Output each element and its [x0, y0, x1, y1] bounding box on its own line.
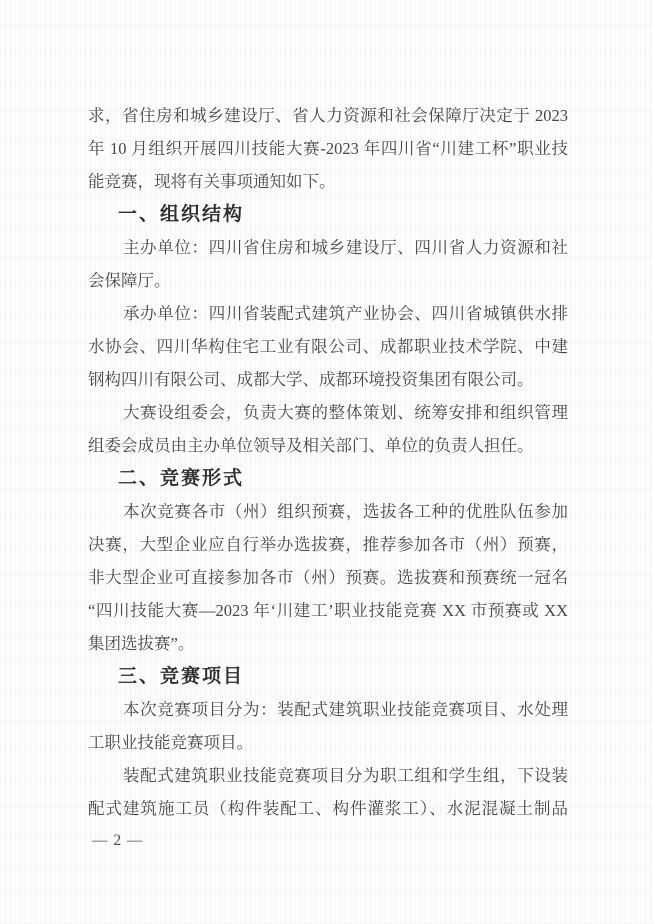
text-line: 年 10 月组织开展四川技能大赛-2023 年四川省“川建工杯”职业技	[88, 132, 568, 165]
text-line: 决赛，大型企业应自行举办选拔赛，推荐参加各市（州）预赛，	[88, 528, 568, 561]
text-line: 配式建筑施工员（构件装配工、构件灌浆工）、水泥混凝土制品	[88, 792, 568, 825]
page-number: — 2 —	[92, 832, 144, 850]
text-line: 装配式建筑职业技能竞赛项目分为职工组和学生组，下设装	[88, 759, 568, 792]
section-heading: 三、竞赛项目	[88, 660, 568, 693]
text-line: 能竞赛，现将有关事项通知如下。	[88, 165, 568, 198]
document-page: 求，省住房和城乡建设厅、省人力资源和社会保障厅决定于 2023年 10 月组织开…	[0, 0, 654, 924]
text-line: 承办单位：四川省装配式建筑产业协会、四川省城镇供水排	[88, 297, 568, 330]
text-line: 会保障厅。	[88, 264, 568, 297]
text-line: 非大型企业可直接参加各市（州）预赛。选拔赛和预赛统一冠名	[88, 561, 568, 594]
text-line: 钢构四川有限公司、成都大学、成都环境投资集团有限公司。	[88, 363, 568, 396]
section-heading: 一、组织结构	[88, 198, 568, 231]
text-line: 本次竞赛项目分为：装配式建筑职业技能竞赛项目、水处理	[88, 693, 568, 726]
text-line: 集团选拔赛”。	[88, 627, 568, 660]
text-line: 求，省住房和城乡建设厅、省人力资源和社会保障厅决定于 2023	[88, 99, 568, 132]
section-heading: 二、竞赛形式	[88, 462, 568, 495]
text-line: 组委会成员由主办单位领导及相关部门、单位的负责人担任。	[88, 429, 568, 462]
text-line: 大赛设组委会，负责大赛的整体策划、统筹安排和组织管理	[88, 396, 568, 429]
text-line: 水协会、四川华构住宅工业有限公司、成都职业技术学院、中建	[88, 330, 568, 363]
text-line: 工职业技能竞赛项目。	[88, 726, 568, 759]
text-line: “四川技能大赛—2023 年‘川建工’职业技能竞赛 XX 市预赛或 XX	[88, 594, 568, 627]
text-line: 主办单位：四川省住房和城乡建设厅、四川省人力资源和社	[88, 231, 568, 264]
text-line: 本次竞赛各市（州）组织预赛，选拔各工种的优胜队伍参加	[88, 495, 568, 528]
document-body: 求，省住房和城乡建设厅、省人力资源和社会保障厅决定于 2023年 10 月组织开…	[88, 99, 568, 825]
